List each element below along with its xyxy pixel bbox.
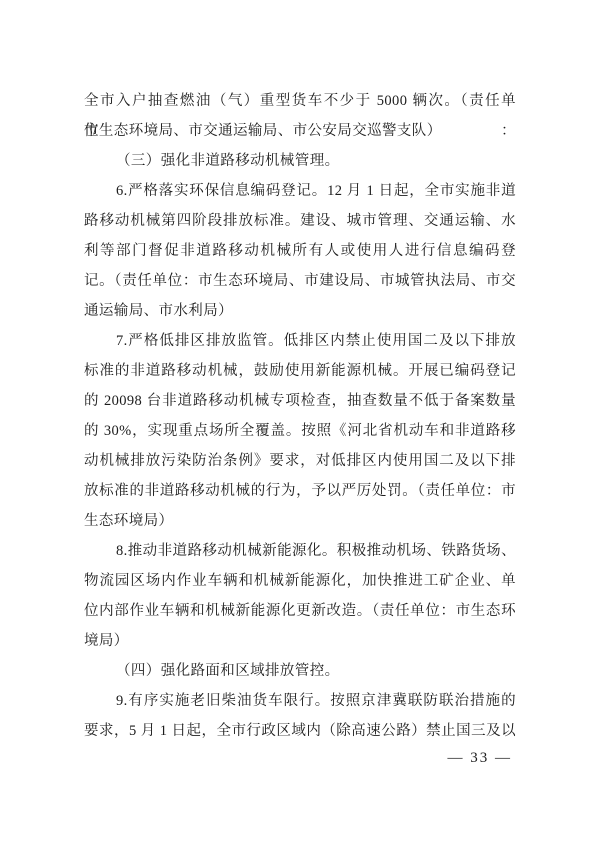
text-line: 全市入户抽查燃油（气）重型货车不少于 5000 辆次。（责任单位： [84, 86, 516, 116]
text-line: 的 30%，实现重点场所全覆盖。按照《河北省机动车和非道路移 [84, 416, 516, 446]
text-line: 利等部门督促非道路移动机械所有人或使用人进行信息编码登 [84, 236, 516, 266]
text-line: 境局） [84, 626, 516, 656]
text-line: 通运输局、市水利局） [84, 296, 516, 326]
text-line: 6.严格落实环保信息编码登记。12 月 1 日起，全市实施非道 [84, 176, 516, 206]
text-line: 的 20098 台非道路移动机械专项检查，抽查数量不低于备案数量 [84, 386, 516, 416]
text-line: 动机械排放污染防治条例》要求，对低排区内使用国二及以下排 [84, 446, 516, 476]
text-line: 标准的非道路移动机械，鼓励使用新能源机械。开展已编码登记 [84, 356, 516, 386]
text-line: 生态环境局） [84, 506, 516, 536]
text-line: 位内部作业车辆和机械新能源化更新改造。（责任单位：市生态环 [84, 596, 516, 626]
text-line: 记。（责任单位：市生态环境局、市建设局、市城管执法局、市交 [84, 266, 516, 296]
text-line: （三）强化非道路移动机械管理。 [84, 146, 516, 176]
text-line: 9.有序实施老旧柴油货车限行。按照京津冀联防联治措施的 [84, 686, 516, 716]
document-page: 全市入户抽查燃油（气）重型货车不少于 5000 辆次。（责任单位：市生态环境局、… [0, 0, 600, 848]
page-number: — 33 — [448, 750, 513, 766]
text-line: 物流园区场内作业车辆和机械新能源化，加快推进工矿企业、单 [84, 566, 516, 596]
text-line: 要求，5 月 1 日起，全市行政区域内（除高速公路）禁止国三及以 [84, 716, 516, 746]
text-line: 放标准的非道路移动机械的行为，予以严厉处罚。（责任单位：市 [84, 476, 516, 506]
text-line: （四）强化路面和区域排放管控。 [84, 656, 516, 686]
text-line: 7.严格低排区排放监管。低排区内禁止使用国二及以下排放 [84, 326, 516, 356]
document-body: 全市入户抽查燃油（气）重型货车不少于 5000 辆次。（责任单位：市生态环境局、… [84, 86, 516, 746]
text-line: 8.推动非道路移动机械新能源化。积极推动机场、铁路货场、 [84, 536, 516, 566]
text-line: 路移动机械第四阶段排放标准。建设、城市管理、交通运输、水 [84, 206, 516, 236]
page-footer: — 33 — [448, 746, 513, 770]
